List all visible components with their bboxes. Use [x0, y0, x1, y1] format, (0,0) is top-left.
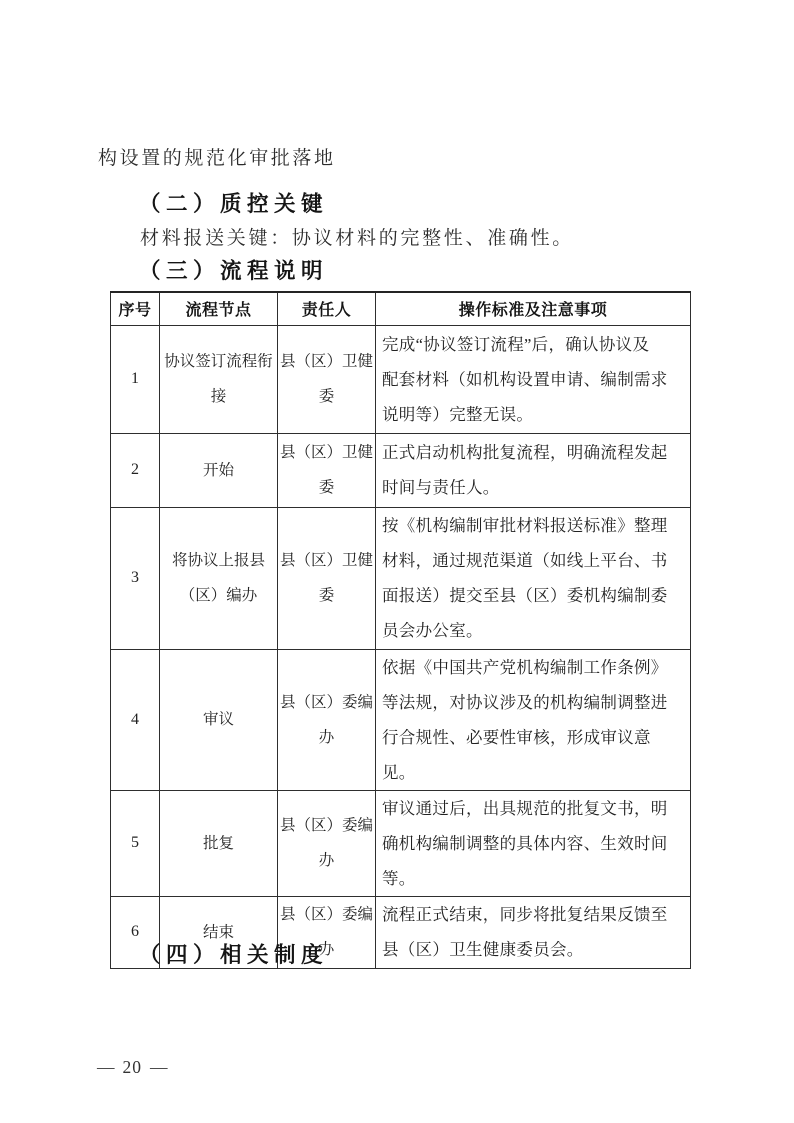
cell-sequence-number: 5 — [111, 790, 160, 896]
cell-operation-standard: 审议通过后，出具规范的批复文书，明 确机构编制调整的具体内容、生效时间 等。 — [376, 790, 691, 896]
section-2-body: 材料报送关键：协议材料的完整性、准确性。 — [140, 227, 574, 251]
cell-responsible-party: 县（区）卫健 委 — [278, 325, 376, 433]
page-number-dash-right: — — [150, 1057, 168, 1078]
process-table: 序号 流程节点 责任人 操作标准及注意事项 1 协议签订流程衔 接 县（区）卫健… — [110, 291, 691, 969]
section-2-heading: （二）质控关键 — [139, 190, 328, 218]
intro-text: 构设置的规范化审批落地 — [98, 147, 336, 171]
table-row: 3 将协议上报县 （区）编办 县（区）卫健 委 按《机构编制审批材料报送标准》整… — [111, 507, 691, 649]
cell-sequence-number: 3 — [111, 507, 160, 649]
cell-operation-standard: 依据《中国共产党机构编制工作条例》 等法规，对协议涉及的机构编制调整进 行合规性… — [376, 649, 691, 790]
column-header-owner: 责任人 — [278, 292, 376, 325]
cell-sequence-number: 2 — [111, 433, 160, 507]
column-header-node: 流程节点 — [160, 292, 278, 325]
cell-operation-standard: 完成“协议签订流程”后，确认协议及 配套材料（如机构设置申请、编制需求 说明等）… — [376, 325, 691, 433]
cell-responsible-party: 县（区）卫健 委 — [278, 433, 376, 507]
table-row: 1 协议签订流程衔 接 县（区）卫健 委 完成“协议签订流程”后，确认协议及 配… — [111, 325, 691, 433]
section-3-heading: （三）流程说明 — [139, 257, 328, 285]
table-row: 4 审议 县（区）委编 办 依据《中国共产党机构编制工作条例》 等法规，对协议涉… — [111, 649, 691, 790]
page-number-dash-left: — — [97, 1057, 115, 1078]
column-header-no: 序号 — [111, 292, 160, 325]
cell-process-node: 开始 — [160, 433, 278, 507]
cell-process-node: 审议 — [160, 649, 278, 790]
cell-responsible-party: 县（区）卫健 委 — [278, 507, 376, 649]
cell-responsible-party: 县（区）委编 办 — [278, 790, 376, 896]
cell-operation-standard: 流程正式结束，同步将批复结果反馈至 县（区）卫生健康委员会。 — [376, 896, 691, 968]
page-number: — 20 — — [97, 1057, 168, 1078]
process-table-body: 1 协议签订流程衔 接 县（区）卫健 委 完成“协议签订流程”后，确认协议及 配… — [111, 325, 691, 968]
cell-operation-standard: 正式启动机构批复流程，明确流程发起 时间与责任人。 — [376, 433, 691, 507]
table-header-row: 序号 流程节点 责任人 操作标准及注意事项 — [111, 292, 691, 325]
cell-process-node: 批复 — [160, 790, 278, 896]
section-4-heading: （四）相关制度 — [139, 941, 328, 969]
page-number-value: 20 — [123, 1057, 143, 1078]
table-row: 2 开始 县（区）卫健 委 正式启动机构批复流程，明确流程发起 时间与责任人。 — [111, 433, 691, 507]
cell-responsible-party: 县（区）委编 办 — [278, 649, 376, 790]
cell-sequence-number: 1 — [111, 325, 160, 433]
cell-process-node: 将协议上报县 （区）编办 — [160, 507, 278, 649]
cell-operation-standard: 按《机构编制审批材料报送标准》整理 材料，通过规范渠道（如线上平台、书 面报送）… — [376, 507, 691, 649]
cell-process-node: 协议签订流程衔 接 — [160, 325, 278, 433]
cell-sequence-number: 4 — [111, 649, 160, 790]
column-header-standard: 操作标准及注意事项 — [376, 292, 691, 325]
table-row: 5 批复 县（区）委编 办 审议通过后，出具规范的批复文书，明 确机构编制调整的… — [111, 790, 691, 896]
document-page: 构设置的规范化审批落地 （二）质控关键 材料报送关键：协议材料的完整性、准确性。… — [0, 0, 794, 1123]
